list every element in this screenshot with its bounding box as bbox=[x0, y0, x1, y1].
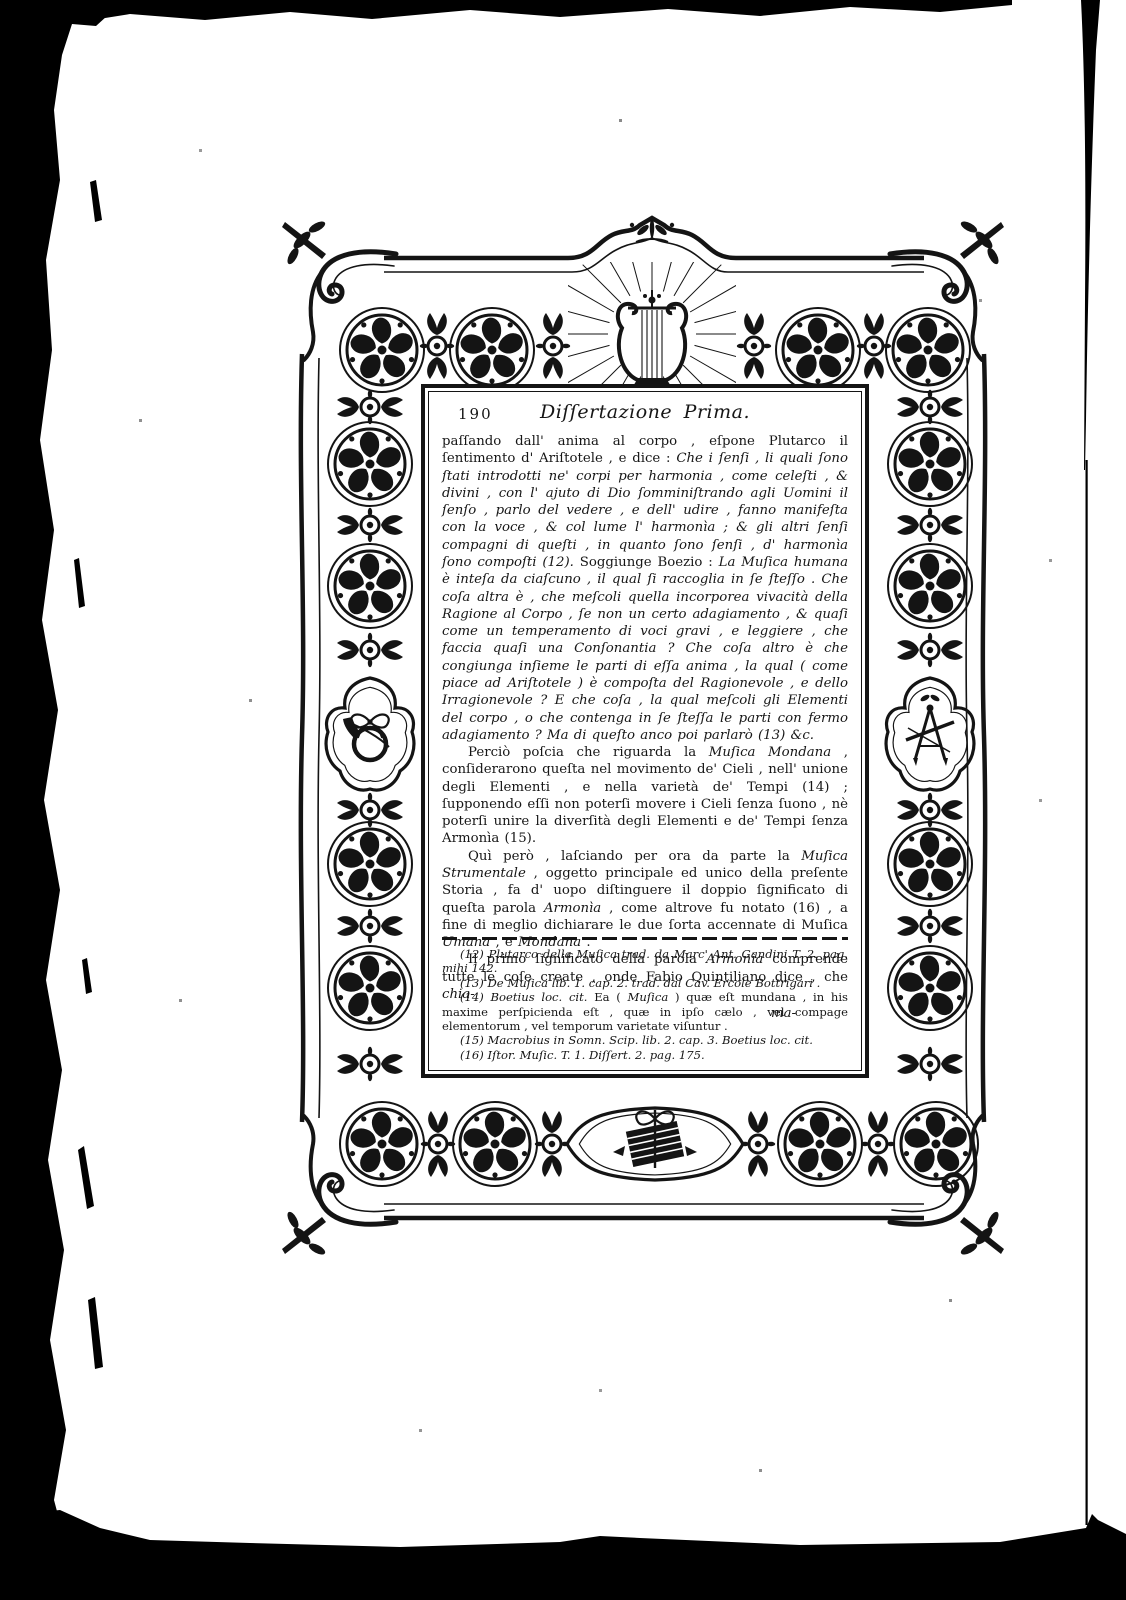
panpipes-ribbon-icon bbox=[567, 1108, 743, 1180]
footnote: (14) Boetius loc. cit. Ea ( Muſica ) quæ… bbox=[442, 990, 848, 1033]
right-ornament-band bbox=[886, 390, 974, 1081]
footnote: (13) De Muſica lib. 1. cap. 2. trad. dal… bbox=[442, 976, 848, 990]
body-paragraph: Quì però , laſciando per ora da parte la… bbox=[442, 848, 848, 952]
body-text: paſſando dall' anima al corpo , eſpone P… bbox=[442, 433, 848, 1003]
text-area: 190 Diſſertazione Prima. paſſando dall' … bbox=[428, 391, 862, 1071]
scan-edge-right bbox=[1081, 0, 1100, 470]
scan-streak bbox=[74, 180, 103, 1369]
page-header: 190 Diſſertazione Prima. bbox=[442, 400, 848, 426]
body-paragraph: paſſando dall' anima al corpo , eſpone P… bbox=[442, 433, 848, 744]
scanned-book-page: 190 Diſſertazione Prima. paſſando dall' … bbox=[0, 0, 1126, 1600]
scan-edge-bottom bbox=[0, 1510, 1126, 1600]
footnote-block: (12) Plutarco della Muſica trad. da Marc… bbox=[442, 937, 848, 1062]
rosette-icon bbox=[886, 308, 970, 392]
bottom-ornament-band bbox=[340, 1102, 978, 1186]
rosette-icon bbox=[340, 308, 424, 392]
footnote: (15) Macrobius in Somn. Scip. lib. 2. ca… bbox=[442, 1033, 848, 1047]
footnote-rule bbox=[442, 937, 848, 940]
footnote: (16) Iſtor. Muſic. T. 1. Diſſert. 2. pag… bbox=[442, 1048, 848, 1062]
tulip-link-icon bbox=[536, 313, 570, 379]
compass-dividers-icon bbox=[886, 678, 974, 790]
footnote: (12) Plutarco della Muſica trad. da Marc… bbox=[442, 947, 848, 976]
scan-edge-left bbox=[0, 0, 160, 1600]
text-frame: 190 Diſſertazione Prima. paſſando dall' … bbox=[421, 384, 869, 1078]
tulip-link-icon bbox=[420, 313, 454, 379]
footnote-list: (12) Plutarco della Muſica trad. da Marc… bbox=[442, 947, 848, 1062]
rosette-icon bbox=[450, 308, 534, 392]
rosette-icon bbox=[776, 308, 860, 392]
scan-edge-right-line bbox=[1086, 460, 1088, 1525]
scan-edge-top bbox=[55, 0, 1012, 22]
hunting-horn-icon bbox=[326, 678, 414, 790]
left-ornament-band bbox=[326, 390, 414, 1081]
paper-specks bbox=[0, 0, 1, 1]
body-paragraph: Perciò poſcia che riguarda la Muſica Mon… bbox=[442, 744, 848, 848]
tulip-link-icon bbox=[737, 313, 771, 379]
page-title: Diſſertazione Prima. bbox=[540, 401, 750, 423]
page-number: 190 bbox=[458, 405, 493, 425]
